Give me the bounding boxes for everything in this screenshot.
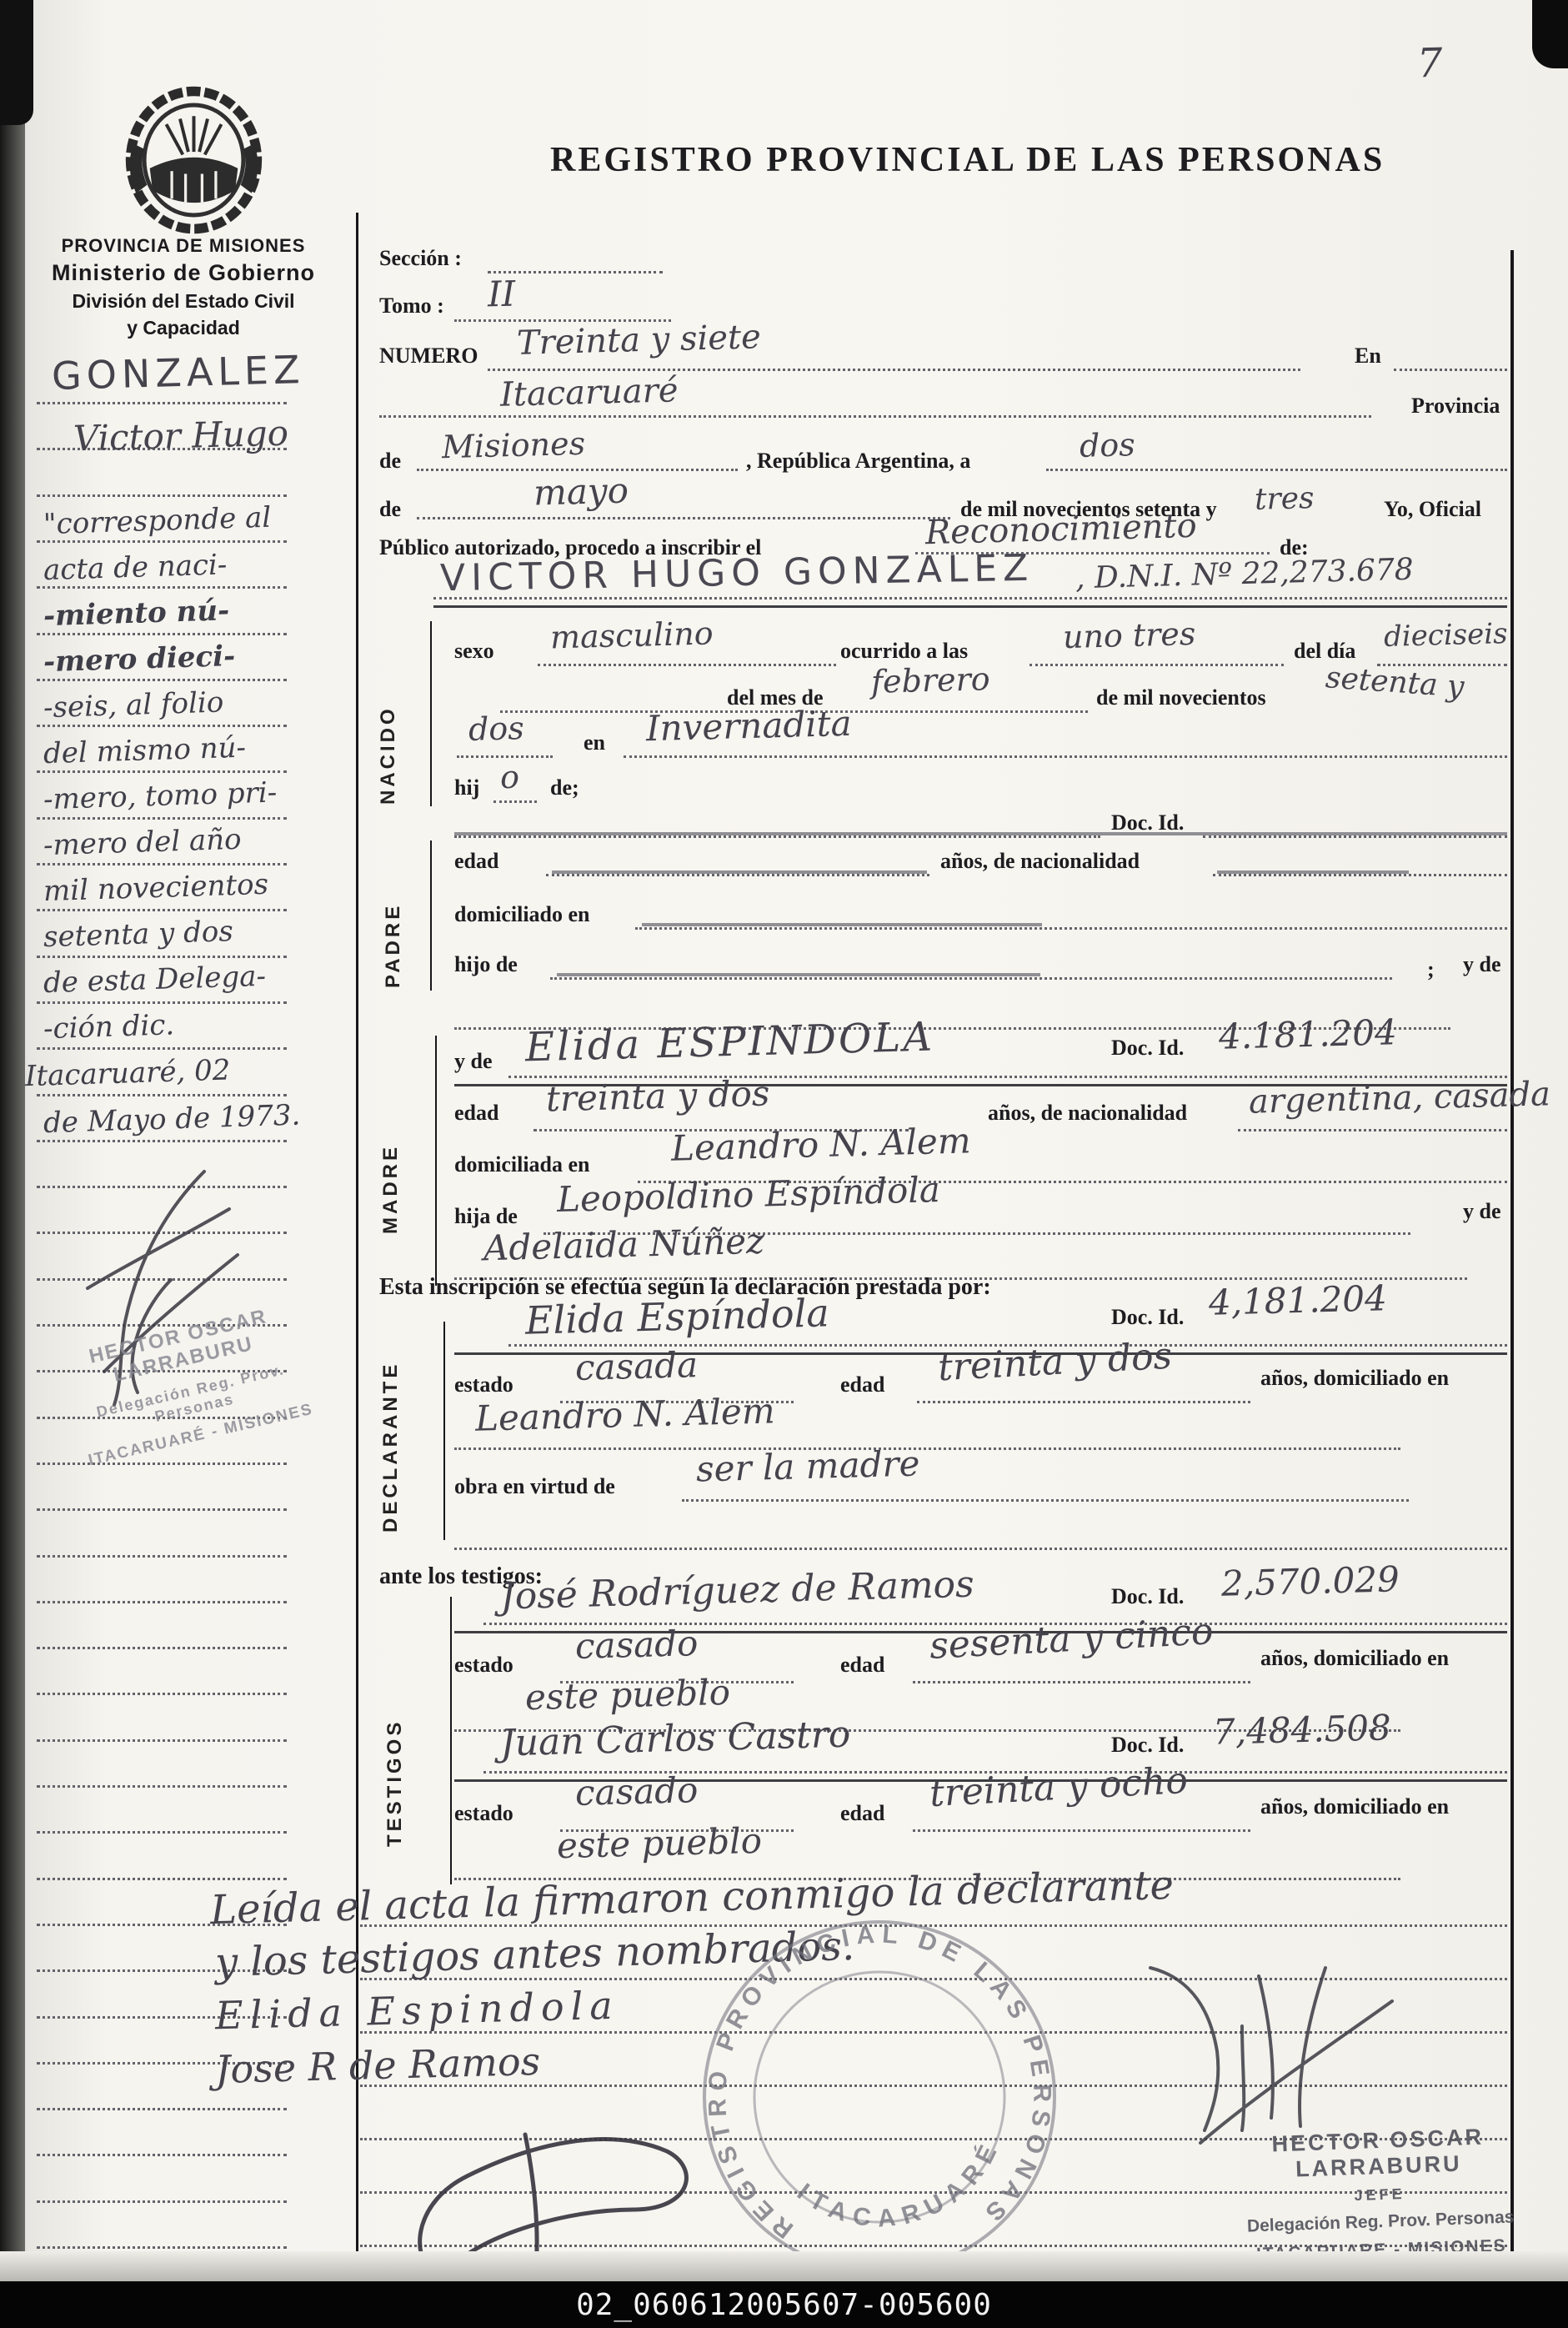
sidebar-surname: GONZALEZ — [51, 347, 305, 399]
testigo2-edad-line — [913, 1829, 1250, 1832]
en-label: En — [1355, 344, 1381, 369]
de-label: de — [379, 449, 401, 474]
numero-line — [488, 369, 1300, 371]
ruled-line — [37, 725, 287, 727]
sidebar-org-line2: Ministerio de Gobierno — [33, 260, 333, 286]
testigo1-estado-label: estado — [454, 1653, 513, 1678]
testigo1-edad-line — [913, 1681, 1250, 1683]
place-value: Itacaruaré — [499, 371, 679, 414]
declarante-obra-label: obra en virtud de — [454, 1474, 615, 1499]
ruled-line — [37, 1647, 287, 1649]
ruled-line — [37, 679, 287, 681]
sexo-value: masculino — [549, 615, 714, 655]
testigo1-nombre-value: José Rodríguez de Ramos — [499, 1563, 974, 1618]
ruled-line — [37, 909, 287, 911]
margin-note-line: del mismo nú- — [43, 729, 318, 770]
madre-abuelo-value: Leopoldino Espíndola — [556, 1169, 940, 1220]
margin-note-line: -miento nú- — [43, 591, 318, 633]
padre-y-de-label: y de — [1463, 952, 1501, 977]
hij-label: hij — [454, 775, 479, 800]
en-line — [1394, 369, 1507, 371]
sidebar-org-line3: División del Estado Civil — [33, 290, 333, 313]
ruled-line — [37, 1094, 287, 1096]
padre-dom-line — [635, 927, 1507, 930]
madre-nombre-value: Elida ESPINDOLA — [524, 1014, 934, 1071]
madre-nac-value: argentina, casada — [1248, 1075, 1550, 1121]
declarante-estado-label: estado — [454, 1372, 513, 1397]
scanned-civil-registry-page: 7 PROVINCIA DE MISIONES Ministerio de Go… — [0, 0, 1568, 2328]
provincial-seal — [125, 88, 263, 232]
padre-semicolon: ; — [1427, 957, 1435, 982]
section-label-declarante: DECLARANTE — [379, 1332, 403, 1533]
person-line — [433, 597, 1507, 600]
padre-dom-label: domiciliado en — [454, 902, 590, 927]
numero-label: NUMERO — [379, 344, 478, 369]
ano-label: de mil novecientos — [1096, 685, 1266, 710]
ruled-line — [37, 1047, 287, 1050]
margin-note-line: de Mayo de 1973. — [43, 1098, 318, 1140]
chief-stamp-org: Delegación Reg. Prov. Personas — [1201, 2205, 1560, 2238]
scan-edge — [0, 2251, 1568, 2281]
testigo2-edad-label: edad — [840, 1801, 884, 1826]
ruled-line — [37, 494, 287, 497]
acto-value: Reconocimiento — [924, 507, 1197, 553]
testigo1-anosdom-label: años, domiciliado en — [1260, 1646, 1449, 1671]
madre-docid-value: 4.181.204 — [1218, 1011, 1397, 1057]
ruled-line — [37, 1693, 287, 1695]
hora-value: uno tres — [1062, 615, 1195, 655]
testigo1-edad-value: sesenta y cinco — [929, 1610, 1215, 1668]
padre-docid-line-right — [1203, 835, 1507, 838]
right-border — [1510, 250, 1514, 2272]
page-number: 7 — [1416, 40, 1443, 88]
ruled-line — [37, 402, 287, 404]
declarante-blank-line — [454, 1548, 1507, 1550]
ano2-line — [457, 755, 553, 758]
ruled-line — [37, 1508, 287, 1511]
sidebar-org-line4: y Capacidad — [33, 317, 333, 339]
padre-nac-line — [1213, 874, 1507, 876]
declarante-dom-value: Leandro N. Alem — [474, 1390, 775, 1438]
testigo2-anosdom-label: años, domiciliado en — [1260, 1794, 1449, 1819]
declarante-estado-value: casada — [574, 1344, 698, 1388]
madre-hija-label: hija de — [454, 1204, 518, 1229]
section-label-nacido: NACIDO — [377, 646, 400, 805]
chief-stamp-role: JEFE — [1200, 2180, 1559, 2210]
dia-value: dieciseis — [1384, 617, 1509, 654]
padre-docid-label: Doc. Id. — [1111, 810, 1184, 835]
declarante-obra-line — [682, 1499, 1409, 1502]
ruled-line — [37, 956, 287, 958]
seccion-label: Sección : — [379, 246, 462, 271]
madre-y-de-label: y de — [454, 1049, 493, 1074]
margin-note-line: "corresponde al — [43, 499, 318, 541]
margin-note-line: mil novecientos — [43, 866, 318, 908]
ruled-line — [37, 863, 287, 865]
ruled-line — [37, 1785, 287, 1788]
sidebar-org-line1: PROVINCIA DE MISIONES — [33, 235, 333, 257]
ruled-line — [37, 540, 287, 543]
margin-note-line: Itacaruaré, 02 — [24, 1051, 300, 1093]
madre-dom-value: Leandro N. Alem — [670, 1120, 971, 1168]
footer-code: 02_060612005607-005600 — [576, 2288, 992, 2322]
ruled-line — [37, 2246, 287, 2249]
testigo1-docid-value: 2,570.029 — [1220, 1558, 1400, 1604]
madre-nac-label: años, de nacionalidad — [988, 1101, 1187, 1126]
sidebar-given-names: Victor Hugo — [73, 413, 288, 459]
dia-label: del día — [1294, 639, 1355, 664]
declarante-obra-value: ser la madre — [695, 1442, 920, 1489]
testigo1-dom-value: este pueblo — [524, 1672, 730, 1718]
padre-nac-strike — [1217, 870, 1409, 874]
day-line — [1046, 469, 1507, 471]
testigo2-docid-label: Doc. Id. — [1111, 1733, 1184, 1758]
mes-value: febrero — [870, 660, 990, 700]
corner-blob-top-right — [1532, 0, 1568, 68]
binding-shadow — [0, 0, 25, 2328]
testigo2-estado-value: casado — [574, 1769, 699, 1814]
declarante-anosdom-label: años, domiciliado en — [1260, 1366, 1449, 1391]
padre-docid-line-left — [454, 835, 1100, 838]
ruled-line — [37, 1739, 287, 1742]
margin-note-line: -mero dieci- — [43, 637, 318, 679]
sexo-line — [538, 664, 836, 666]
corner-blob-top-left — [0, 0, 33, 125]
closing-signature-text-1: Elida Espindola — [214, 1983, 619, 2039]
testigo2-nombre-value: Juan Carlos Castro — [499, 1713, 850, 1765]
hij-line — [493, 800, 537, 803]
madre-edad-label: edad — [454, 1101, 498, 1126]
ruled-line — [37, 1878, 287, 1880]
numero-value: Treinta y siete — [516, 318, 761, 363]
page-title: REGISTRO PROVINCIAL DE LAS PERSONAS — [550, 140, 1385, 180]
republica-label: , República Argentina, a — [746, 449, 970, 474]
padre-hijo-label: hijo de — [454, 952, 518, 977]
margin-note-line: de esta Delega- — [43, 958, 318, 1000]
madre-bracket — [435, 1036, 437, 1286]
padre-hijo-line — [550, 977, 1392, 980]
testigo2-edad-value: treinta y ocho — [929, 1759, 1189, 1815]
padre-bracket — [430, 840, 432, 991]
month-value: mayo — [533, 470, 629, 514]
declarante-edad-line — [917, 1401, 1250, 1403]
tomo-label: Tomo : — [379, 294, 444, 319]
padre-dom-strike — [642, 923, 1042, 926]
section-label-madre: MADRE — [379, 1084, 403, 1234]
declarante-edad-value: treinta y dos — [937, 1335, 1173, 1390]
madre-abuela-value: Adelaida Núñez — [483, 1221, 764, 1269]
margin-note-line: acta de naci- — [43, 545, 318, 587]
testigo2-docid-value: 7,484.508 — [1212, 1707, 1391, 1753]
declarante-nombre-value: Elida Espíndola — [524, 1290, 829, 1343]
de2-label: de — [379, 497, 401, 522]
ruled-line — [37, 2200, 287, 2203]
round-stamp-bottom-text: ITACARUARÉ — [786, 2130, 1017, 2249]
declarante-edad-label: edad — [840, 1372, 884, 1397]
year-value: tres — [1254, 481, 1315, 517]
ruled-line — [37, 770, 287, 773]
chief-signature — [1117, 1951, 1450, 2160]
ruled-line — [37, 1831, 287, 1834]
nacido-bracket — [430, 621, 432, 806]
margin-note-line: -mero, tomo pri- — [43, 775, 318, 816]
padre-hijo-strike — [557, 973, 1040, 976]
hij-de-label: de; — [550, 775, 579, 800]
testigo1-estado-value: casado — [574, 1623, 699, 1667]
padre-docid-strike — [454, 832, 1507, 835]
padre-edad-label: edad — [454, 849, 498, 874]
ano-value2: dos — [468, 710, 524, 748]
person-rule — [433, 605, 1507, 608]
section-label-padre: PADRE — [382, 863, 405, 988]
ruled-line — [37, 633, 287, 635]
lugar-line — [624, 755, 1507, 758]
ruled-line — [37, 2108, 287, 2110]
day-value: dos — [1079, 426, 1135, 464]
padre-edad-line — [546, 874, 929, 876]
ruled-line — [37, 1601, 287, 1603]
ruled-line — [37, 2154, 287, 2156]
madre-docid-label: Doc. Id. — [1111, 1036, 1184, 1061]
ruled-line — [37, 817, 287, 820]
en2-label: en — [584, 730, 605, 755]
sexo-label: sexo — [454, 639, 494, 664]
testigo1-edad-label: edad — [840, 1653, 884, 1678]
declarante-docid-value: 4,181.204 — [1208, 1277, 1387, 1323]
padre-edad-strike — [552, 870, 927, 874]
declarante-bracket — [443, 1322, 445, 1540]
margin-note-line: setenta y dos — [43, 912, 318, 954]
month-line — [417, 517, 950, 519]
yo-oficial-label: Yo, Oficial — [1384, 497, 1481, 522]
section-label-testigos: TESTIGOS — [383, 1638, 407, 1847]
person-dni-value: , D.N.I. Nº 22,273.678 — [1075, 553, 1415, 596]
margin-note-line: -mero del año — [43, 820, 318, 862]
provincia-label: Provincia — [1411, 394, 1500, 419]
testigo2-dom-value: este pueblo — [556, 1820, 762, 1866]
declarante-dom-line — [454, 1447, 1400, 1450]
footer-code-bar: 02_060612005607-005600 — [0, 2281, 1568, 2328]
ruled-line — [37, 1140, 287, 1142]
madre-nac-line — [1238, 1129, 1507, 1131]
padre-nac-label: años, de nacionalidad — [940, 849, 1140, 874]
margin-note-line: -seis, al folio — [43, 683, 318, 725]
ruled-line — [37, 586, 287, 589]
ano-value1: setenta y — [1325, 660, 1465, 705]
madre-dom-label: domiciliada en — [454, 1152, 590, 1177]
margin-note-line: -ción dic. — [43, 1004, 318, 1046]
madre-edad-value: treinta y dos — [545, 1072, 770, 1119]
svg-text:ITACARUARÉ: ITACARUARÉ — [786, 2130, 1017, 2249]
hij-o-value: o — [499, 759, 519, 796]
testigos-bracket — [450, 1597, 452, 1884]
testigo1-docid-label: Doc. Id. — [1111, 1584, 1184, 1609]
lugar-value: Invernadita — [645, 703, 852, 749]
testigo2-estado-label: estado — [454, 1801, 513, 1826]
ocurrido-label: ocurrido a las — [840, 639, 968, 664]
provincia-value: Misiones — [441, 425, 585, 465]
ruled-line — [37, 1001, 287, 1004]
madre-y-de2-label: y de — [1463, 1199, 1501, 1224]
tomo-value: II — [487, 273, 515, 315]
place-line — [379, 415, 1371, 418]
declarante-docid-label: Doc. Id. — [1111, 1305, 1184, 1330]
hora-line — [1029, 664, 1284, 666]
ruled-line — [37, 1555, 287, 1558]
